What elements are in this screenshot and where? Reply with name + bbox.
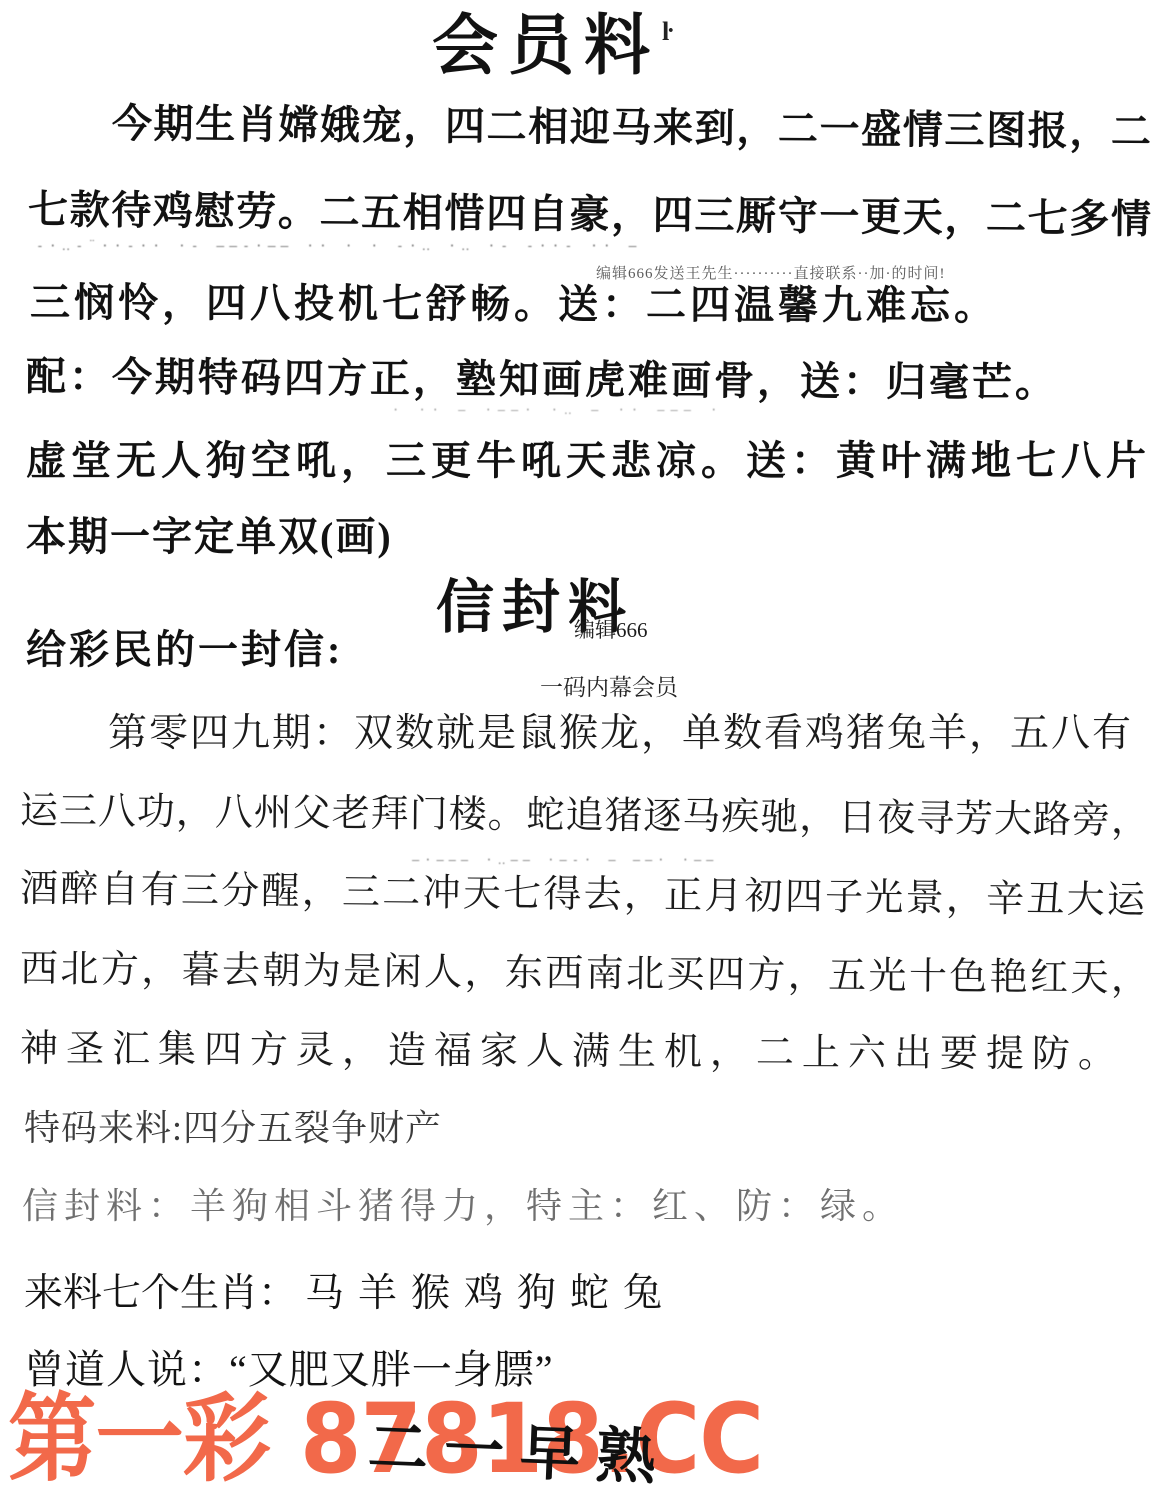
letter-line-1: 第零四九期：双数就是鼠猴龙，单数看鸡猪兔羊，五八有 (108, 712, 1131, 756)
zodiac-tip: 来料七个生肖：马羊猴鸡狗蛇兔 (24, 1272, 676, 1316)
zodiac-label: 来料七个生肖： (24, 1272, 297, 1315)
letter-line-2: 运三八功，八州父老拜门楼。蛇追猪逐马疾驰，日夜寻芳大路旁， (20, 790, 1149, 842)
envelope-tip-faded: 信封料：羊狗相斗猪得力，特主：红、防：绿。 (22, 1186, 904, 1226)
member-poem-line-2: 七款待鸡慰劳。二五相惜四自豪，四三厮守一更天，二七多情 (28, 188, 1151, 243)
letter-line-4: 西北方，暮去朝为是闲人，东西南北买四方，五光十色艳红天， (20, 948, 1149, 1000)
faded-smudge-row-1: -·‥-¨··-·· ·- ——-·—— ·· · · -·‥ ·‥ ·- -·… (36, 240, 766, 255)
zodiac-animals: 马羊猴鸡狗蛇兔 (305, 1272, 676, 1315)
letter-line-3: 酒醉自有三分醒，三二冲天七得去，正月初四子光景，辛丑大运 (20, 868, 1145, 922)
member-poem-line-3: 三悯怜，四八投机七舒畅。送：二四温馨九难忘。 (30, 281, 998, 329)
faded-smudge-row-3: —·——— ·‥—— ·—-· — ——· ·—— (412, 854, 942, 867)
special-code-tip: 特码来料:四分五裂争财产 (24, 1108, 442, 1148)
lottery-tip-sheet: 会员料ŀ 今期生肖嫦娥宠，四二相迎马来到，二一盛情三图报，二 七款待鸡慰劳。二五… (0, 0, 1163, 1500)
insider-note: 一码内幕会员 (540, 675, 758, 701)
letter-intro: 给彩民的一封信: (26, 628, 343, 673)
single-double-line: 本期一字定单双(画) (26, 515, 393, 560)
title-stray-mark: ŀ (662, 17, 672, 46)
editor-666-note: 编辑666 (574, 619, 648, 643)
faded-smudge-row-2: · ·· — ·——· ·‥ — ·· ——— · (392, 404, 962, 417)
member-verse-line: 虚堂无人狗空吼，三更牛吼天悲凉。送：黄叶满地七八片 (26, 439, 1151, 484)
member-tip-line: 配：今期特码四方正，塾知画虎难画骨，送：归毫芒。 (26, 355, 1058, 406)
faded-editor-watermark: 编辑666发送王先生··········直接联系··加·的时间! (596, 266, 945, 283)
page-title-text: 会员料 (432, 10, 660, 83)
page-title: 会员料ŀ (432, 10, 672, 84)
member-poem-line-1: 今期生肖嫦娥宠，四二相迎马来到，二一盛情三图报，二 (112, 102, 1151, 155)
bottom-handwriting: 二一早熟 (367, 1414, 673, 1493)
letter-line-5: 神圣汇集四方灵，造福家人满生机，二上六出要提防。 (20, 1028, 1124, 1076)
